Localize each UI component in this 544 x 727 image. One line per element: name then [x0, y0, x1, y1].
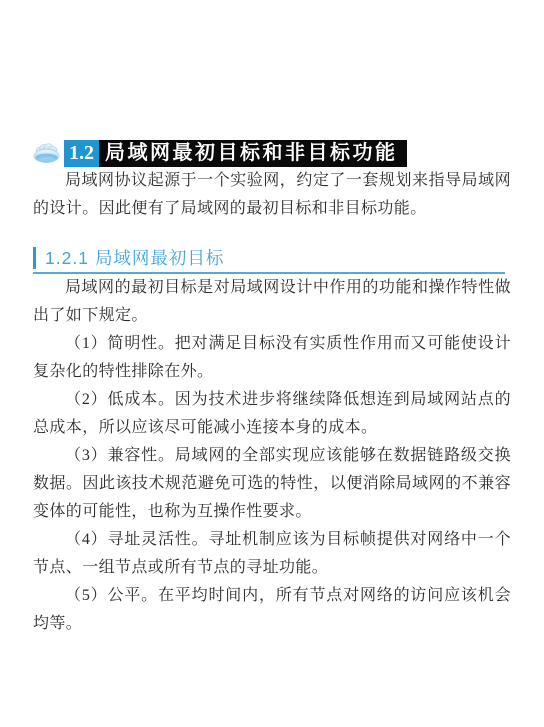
- subsection-header-inner: 1.2.1局域网最初目标: [33, 247, 505, 269]
- goal-item-4: （4）寻址灵活性。寻址机制应该为目标帧提供对网络中一个节点、一组节点或所有节点的…: [33, 526, 511, 582]
- section-number-badge: 1.2: [64, 140, 99, 167]
- subsection-number: 1.2.1: [45, 248, 89, 268]
- document-page: 1.2 局域网最初目标和非目标功能 局域网协议起源于一个实验网，约定了一套规划来…: [0, 0, 544, 727]
- cloud-icon: [33, 143, 60, 164]
- intro-paragraph: 局域网协议起源于一个实验网，约定了一套规划来指导局域网的设计。因此便有了局域网的…: [33, 167, 511, 223]
- lead-paragraph: 局域网的最初目标是对局域网设计中作用的功能和操作特性做出了如下规定。: [33, 274, 511, 330]
- subsection-header: 1.2.1局域网最初目标: [33, 247, 505, 274]
- goal-item-1: （1）简明性。把对满足目标没有实质性作用而又可能使设计复杂化的特性排除在外。: [33, 330, 511, 386]
- subsection-title: 局域网最初目标: [95, 248, 225, 268]
- section-header: 1.2 局域网最初目标和非目标功能: [33, 139, 511, 167]
- goal-item-3: （3）兼容性。局域网的全部实现应该能够在数据链路级交换数据。因此该技术规范避免可…: [33, 442, 511, 526]
- goal-item-2: （2）低成本。因为技术进步将继续降低想连到局域网站点的总成本，所以应该尽可能减小…: [33, 386, 511, 442]
- section-title: 局域网最初目标和非目标功能: [99, 140, 407, 167]
- goal-item-5: （5）公平。在平均时间内，所有节点对网络的访问应该机会均等。: [33, 582, 511, 638]
